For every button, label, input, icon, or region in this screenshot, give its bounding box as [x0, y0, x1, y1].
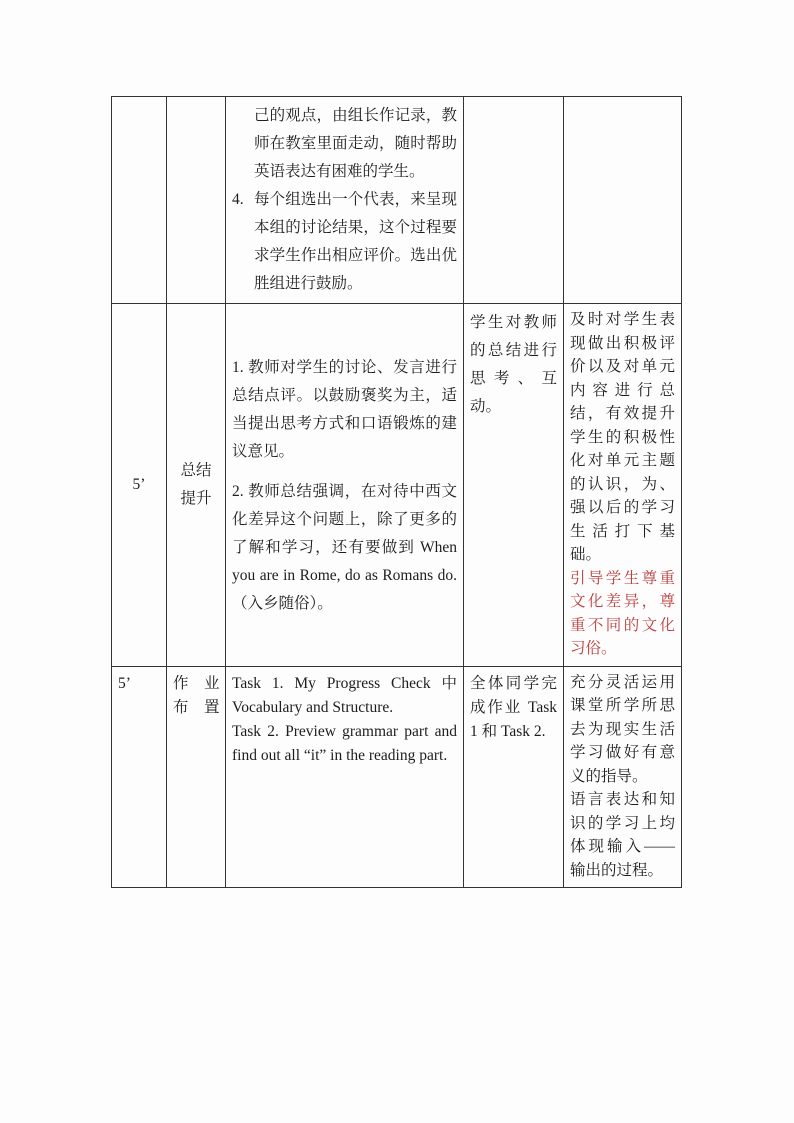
stage-line-1: 总结	[173, 457, 219, 485]
stage-cell: 作 业 布 置	[167, 666, 226, 888]
table-row-continuation: 己的观点，由组长作记录，教师在教室里面走动，随时帮助英语表达有困难的学生。 4.…	[112, 97, 682, 304]
student-activity-cell: 全体同学完成作业 Task 1 和 Task 2.	[464, 666, 564, 888]
task-1-text: Task 1. My Progress Check 中 Vocabulary a…	[232, 672, 457, 720]
student-activity-text: 学生对教师的总结进行思考、互动。	[470, 309, 557, 421]
purpose-text: 充分灵活运用课堂所学所思去为现实生活学习做好有意义的指导。	[570, 671, 675, 789]
student-activity-cell	[464, 97, 564, 304]
time-cell	[112, 97, 167, 304]
student-activity-cell: 学生对教师的总结进行思考、互动。	[464, 304, 564, 667]
list-item-text: 每个组选出一个代表，来呈现本组的讨论结果，这个过程要求学生作出相应评价。选出优胜…	[254, 191, 457, 292]
stage-cell	[167, 97, 226, 304]
student-activity-text: 全体同学完成作业 Task 1 和 Task 2.	[470, 672, 557, 744]
design-purpose-cell: 及时对学生表现做出积极评价以及对单元内容进行总结，有效提升学生的积极性化对单元主…	[564, 304, 682, 667]
teaching-activity-cell: 己的观点，由组长作记录，教师在教室里面走动，随时帮助英语表达有困难的学生。 4.…	[226, 97, 464, 304]
activity-continuation-text: 己的观点，由组长作记录，教师在教室里面走动，随时帮助英语表达有困难的学生。	[232, 102, 457, 186]
stage-line-2: 提升	[173, 485, 219, 513]
teaching-activity-cell: Task 1. My Progress Check 中 Vocabulary a…	[226, 666, 464, 888]
activity-list-item: 4. 每个组选出一个代表，来呈现本组的讨论结果，这个过程要求学生作出相应评价。选…	[232, 186, 457, 298]
table-row-summary: 5’ 总结 提升 1. 教师对学生的讨论、发言进行总结点评。以鼓励褒奖为主，适当…	[112, 304, 682, 667]
task-2-text: Task 2. Preview grammar part and find ou…	[232, 720, 457, 768]
table-row-homework: 5’ 作 业 布 置 Task 1. My Progress Check 中 V…	[112, 666, 682, 888]
time-cell: 5’	[112, 666, 167, 888]
stage-line-1: 作 业	[173, 672, 219, 696]
design-purpose-cell	[564, 97, 682, 304]
time-cell: 5’	[112, 304, 167, 667]
purpose-secondary-text: 语言表达和知识的学习上均体现输入——输出的过程。	[570, 788, 675, 882]
purpose-text: 及时对学生表现做出积极评价以及对单元内容进行总结，有效提升学生的积极性化对单元主…	[570, 308, 675, 567]
stage-cell: 总结 提升	[167, 304, 226, 667]
document-page: 己的观点，由组长作记录，教师在教室里面走动，随时帮助英语表达有困难的学生。 4.…	[0, 0, 794, 1123]
time-value: 5’	[118, 675, 131, 692]
time-value: 5’	[133, 476, 146, 493]
activity-paragraph-1: 1. 教师对学生的讨论、发言进行总结点评。以鼓励褒奖为主，适当提出思考方式和口语…	[232, 354, 457, 466]
stage-line-2: 布 置	[173, 696, 219, 720]
purpose-highlight-text: 引导学生尊重文化差异，尊重不同的文化习俗。	[570, 567, 675, 661]
activity-paragraph-2: 2. 教师总结强调，在对待中西文化差异这个问题上，除了更多的了解和学习，还有要做…	[232, 478, 457, 618]
teaching-activity-cell: 1. 教师对学生的讨论、发言进行总结点评。以鼓励褒奖为主，适当提出思考方式和口语…	[226, 304, 464, 667]
list-item-number: 4.	[232, 186, 244, 214]
lesson-plan-table: 己的观点，由组长作记录，教师在教室里面走动，随时帮助英语表达有困难的学生。 4.…	[111, 96, 682, 888]
design-purpose-cell: 充分灵活运用课堂所学所思去为现实生活学习做好有意义的指导。 语言表达和知识的学习…	[564, 666, 682, 888]
